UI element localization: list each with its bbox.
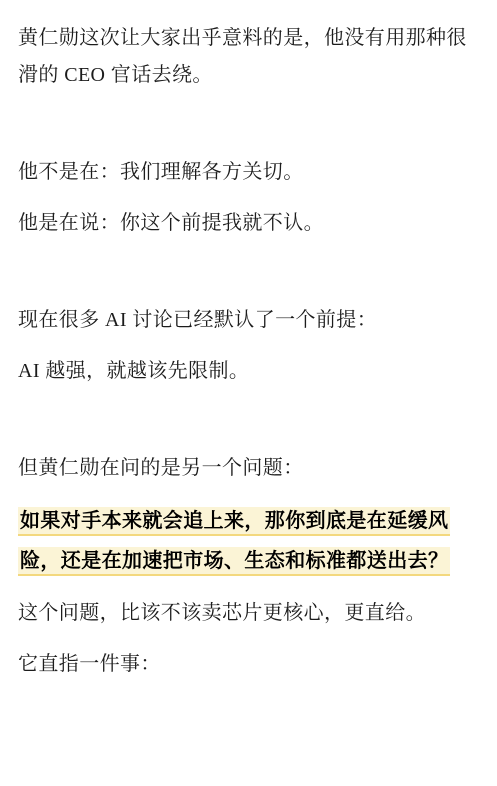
paragraph: 但黄仁勋在问的是另一个问题： xyxy=(18,450,479,487)
highlighted-text: 如果对手本来就会追上来，那你到底是在延缓风险，还是在加速把市场、生态和标准都送出… xyxy=(18,507,450,576)
paragraph: 这个问题，比该不该卖芯片更核心，更直给。 xyxy=(18,595,479,632)
page: { "colors": { "page_background": "#fffff… xyxy=(0,0,497,786)
paragraph: 现在很多 AI 讨论已经默认了一个前提： xyxy=(18,302,479,339)
highlighted-paragraph: 如果对手本来就会追上来，那你到底是在延缓风险，还是在加速把市场、生态和标准都送出… xyxy=(18,501,479,581)
paragraph: 它直指一件事： xyxy=(18,646,479,683)
paragraph: 他不是在：我们理解各方关切。 xyxy=(18,154,479,191)
paragraph: 他是在说：你这个前提我就不认。 xyxy=(18,205,479,242)
article-body: 黄仁勋这次让大家出乎意料的是，他没有用那种很滑的 CEO 官话去绕。他不是在：我… xyxy=(0,0,497,683)
paragraph: 黄仁勋这次让大家出乎意料的是，他没有用那种很滑的 CEO 官话去绕。 xyxy=(18,20,479,94)
paragraph: AI 越强，就越该先限制。 xyxy=(18,353,479,390)
